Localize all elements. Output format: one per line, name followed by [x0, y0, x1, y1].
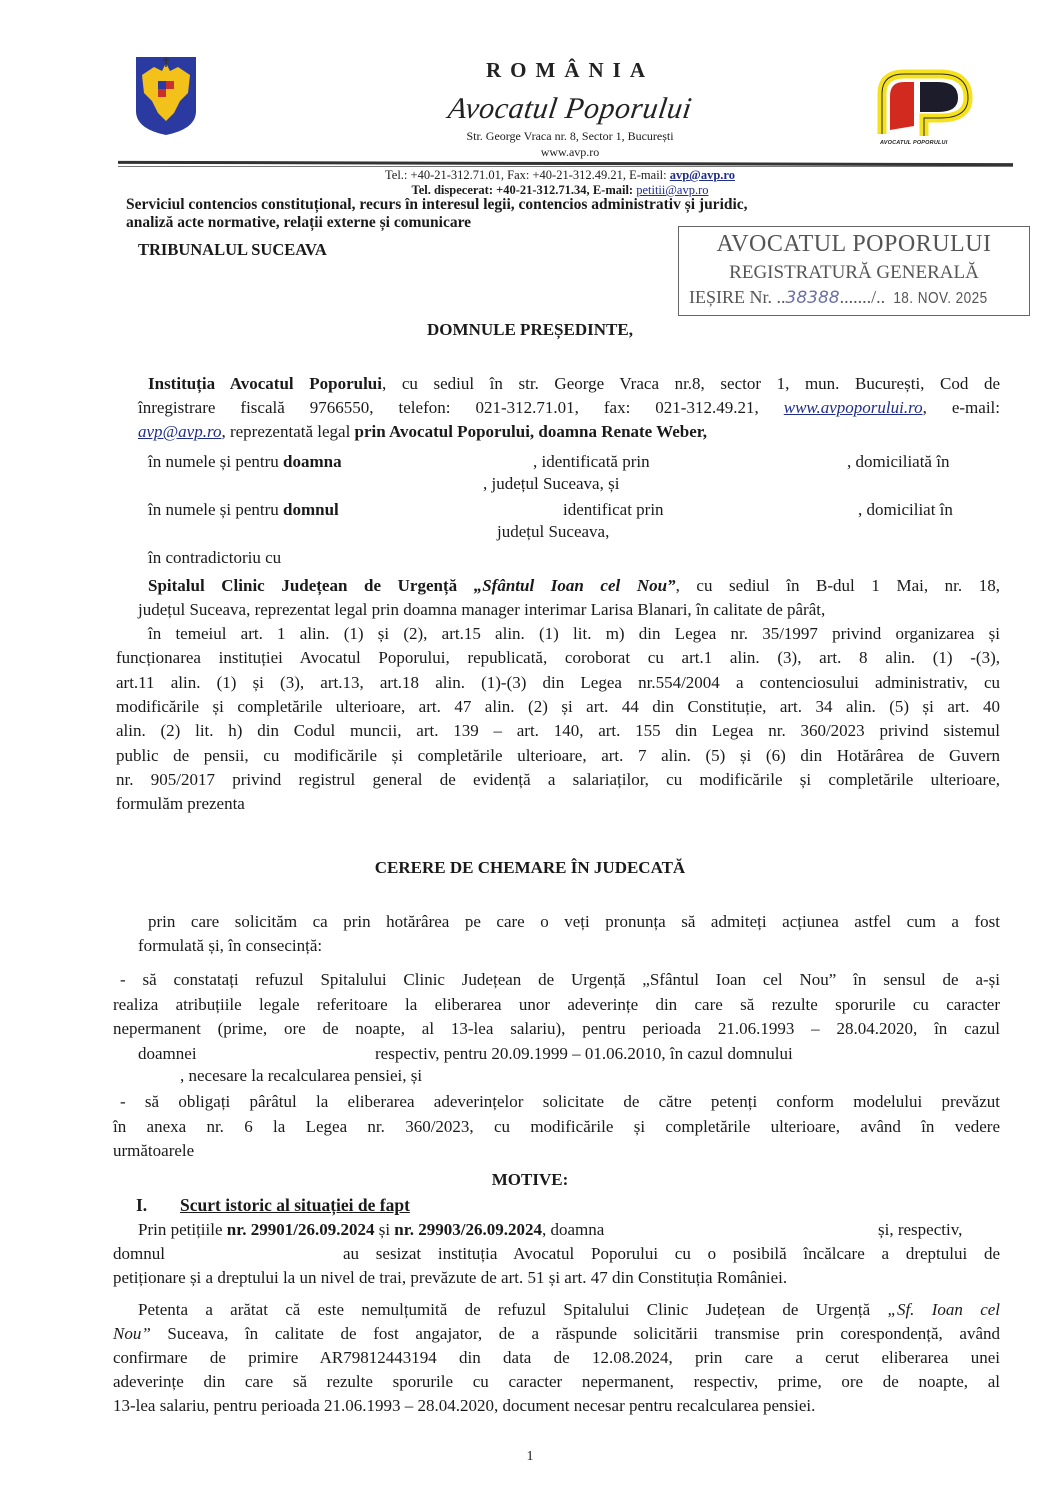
motives-text: Petenta a arătat că este nemulțumită de … [138, 1300, 888, 1319]
petition-number-2: nr. 29903/26.09.2024 [394, 1220, 542, 1239]
legal-basis-line: nr. 905/2017 privind registrul general d… [116, 770, 1000, 790]
section-title: Scurt istoric al situației de fapt [180, 1195, 410, 1215]
defendant-line-2: județul Suceava, reprezentat legal prin … [138, 600, 825, 620]
motives-p2-line-2: Nou” Suceava, în calitate de fost angaja… [113, 1324, 1000, 1344]
legal-basis-line: funcționarea instituției Avocatul Poporu… [116, 648, 1000, 668]
motives-p1-line-1: Prin petițiile nr. 29901/26.09.2024 și n… [138, 1220, 604, 1240]
recipient-court: TRIBUNALUL SUCEAVA [138, 240, 327, 260]
req-item2-line: următoarele [113, 1141, 194, 1161]
request-item-1-text: doamnei [138, 1044, 197, 1064]
request-item-1-text: respectiv, pentru 20.09.1999 – 01.06.201… [375, 1044, 793, 1064]
legal-basis-line: modificările și completările ulterioare,… [116, 697, 1000, 717]
stamp-exit-label: IEȘIRE Nr. [689, 287, 772, 307]
website-link[interactable]: www.avpoporului.ro [784, 398, 923, 417]
intro-text: înregistrare fiscală 9766550, telefon: 0… [138, 398, 784, 417]
avocatul-poporului-ap-logo: AVOCATUL POPORULUI [874, 68, 974, 154]
motives-text: , doamna [542, 1220, 604, 1239]
party-1-county: , județul Suceava, și [483, 474, 619, 494]
party-1-domicile: , domiciliată în [847, 452, 949, 472]
request-intro-line-2: formulată și, în consecință: [138, 936, 322, 956]
defendant-name: Spitalul Clinic Județean de Urgență [148, 576, 474, 595]
ap-logo-caption: AVOCATUL POPORULUI [880, 140, 974, 146]
contact-phone-fax: Tel.: +40-21-312.71.01, Fax: +40-21-312.… [385, 168, 670, 182]
email-link[interactable]: avp@avp.ro [138, 422, 221, 441]
action-title: CERERE DE CHEMARE ÎN JUDECATĂ [300, 858, 760, 878]
party-2-domicile: , domiciliat în [858, 500, 953, 520]
petitioner-institution: Instituția Avocatul Poporului [148, 374, 382, 393]
party-2-title: domnul [283, 500, 339, 519]
motives-p2-line-1: Petenta a arătat că este nemulțumită de … [138, 1300, 1000, 1320]
party-1-identification: , identificată prin [533, 452, 650, 472]
defendant-address: , cu sediul în B-dul 1 Mai, nr. 18, [676, 576, 1000, 595]
request-item-1-text: , necesare la recalcularea pensiei, și [180, 1066, 422, 1086]
motives-text: și, respectiv, [878, 1220, 962, 1240]
section-number: I. [136, 1195, 147, 1215]
party-1-line: în numele și pentru doamna [148, 452, 342, 472]
motives-text: domnul [113, 1244, 165, 1264]
motives-text: adeverințe din care să rezulte sporurile… [113, 1372, 1000, 1392]
intro-line-1: Instituția Avocatul Poporului, cu sediul… [148, 374, 1000, 394]
motives-text: 13-lea salariu, pentru perioada 21.06.19… [113, 1396, 815, 1416]
request-intro-line-1: prin care solicităm ca prin hotărârea pe… [148, 912, 1000, 932]
legal-basis-line: public de pensii, cu modificările și com… [116, 746, 1000, 766]
stamp-date: 18. NOV. 2025 [893, 290, 987, 308]
romania-coat-of-arms-icon [134, 55, 198, 137]
party-1-title: doamna [283, 452, 342, 471]
party-2-line: în numele și pentru domnul [148, 500, 339, 520]
stamp-title: AVOCATUL POPORULUI [679, 231, 1029, 258]
motives-text: au sesizat instituția Avocatul Poporului… [343, 1244, 1000, 1264]
intro-line-3: avp@avp.ro, reprezentată legal prin Avoc… [138, 422, 707, 442]
petitions-email-link[interactable]: petitii@avp.ro [636, 183, 708, 197]
motives-text: confirmare de primire AR79812443194 din … [113, 1348, 1000, 1368]
intro-text: , reprezentată legal [221, 422, 354, 441]
defendant-hospital-name: „Sfântul Ioan cel Nou” [474, 576, 676, 595]
intro-text: , e-mail: [923, 398, 1000, 417]
party-2-county: județul Suceava, [497, 522, 609, 542]
petition-number-1: nr. 29901/26.09.2024 [227, 1220, 375, 1239]
legal-basis-line: formulăm prezenta [116, 794, 245, 814]
motives-text: și [374, 1220, 394, 1239]
dispatch-phone: Tel. dispecerat: +40-21-312.71.34, [412, 183, 593, 197]
motives-title: MOTIVE: [440, 1170, 620, 1190]
header-address: Str. George Vraca nr. 8, Sector 1, Bucur… [330, 129, 810, 144]
motives-text: Suceava, în calitate de fost angajator, … [151, 1324, 1000, 1343]
req-item2-line: în anexa nr. 6 la Legea nr. 360/2023, cu… [113, 1117, 1000, 1137]
req-item1-line: nepermanent (prime, ore de noapte, al 13… [113, 1019, 1000, 1039]
dispatch-email-label: E-mail: [593, 183, 636, 197]
defendant-line-1: Spitalul Clinic Județean de Urgență „Sfâ… [148, 576, 1000, 596]
legal-basis-line: în temeiul art. 1 alin. (1) și (2), art.… [148, 624, 1000, 644]
stamp-handwritten-number: 38388 [786, 288, 840, 308]
page-number: 1 [500, 1449, 560, 1465]
hospital-short-name: „Sf. Ioan cel [888, 1300, 1001, 1319]
header-website[interactable]: www.avp.ro [330, 145, 810, 160]
header-divider-thin [118, 166, 1013, 167]
legal-basis-line: art.11 alin. (1) și (3), art.13, art.18 … [116, 673, 1000, 693]
req-item2-line: - să obligați pârâtul la eliberarea adev… [120, 1092, 1000, 1112]
stamp-subtitle: REGISTRATURĂ GENERALĂ [679, 262, 1029, 284]
legal-representative: prin Avocatul Poporului, doamna Renate W… [355, 422, 707, 441]
registry-stamp: AVOCATUL POPORULUI REGISTRATURĂ GENERALĂ… [678, 226, 1030, 316]
header-dispatch-line: Tel. dispecerat: +40-21-312.71.34, E-mai… [200, 183, 920, 197]
header-institution-name: Avocatul Poporului [328, 92, 813, 126]
hospital-short-name: Nou” [113, 1324, 151, 1343]
header-contact-line: Tel.: +40-21-312.71.01, Fax: +40-21-312.… [200, 168, 920, 182]
party-text: în numele și pentru [148, 452, 283, 471]
intro-line-2: înregistrare fiscală 9766550, telefon: 0… [138, 398, 1000, 418]
legal-basis-line: alin. (2) lit. h) din Codul muncii, art.… [116, 721, 1000, 741]
party-2-identification: identificat prin [563, 500, 664, 520]
contradiction-label: în contradictoriu cu [148, 548, 281, 568]
salutation: DOMNULE PREȘEDINTE, [300, 320, 760, 340]
party-text: în numele și pentru [148, 500, 283, 519]
header-country: ROMÂNIA [330, 58, 810, 83]
intro-text: , cu sediul în str. George Vraca nr.8, s… [382, 374, 1000, 393]
motives-text: petiționare și a dreptului la un nivel d… [113, 1268, 787, 1288]
contact-email-link[interactable]: avp@avp.ro [670, 168, 735, 182]
req-item1-line: realiza atribuțiile legale referitoare l… [113, 995, 1000, 1015]
motives-text: Prin petițiile [138, 1220, 227, 1239]
department-line-1: Serviciul contencios constituțional, rec… [126, 196, 1046, 214]
req-item1-line: - să constatați refuzul Spitalului Clini… [120, 970, 1000, 990]
stamp-exit-number: IEȘIRE Nr. ..38388......./..18. NOV. 202… [689, 287, 1019, 308]
